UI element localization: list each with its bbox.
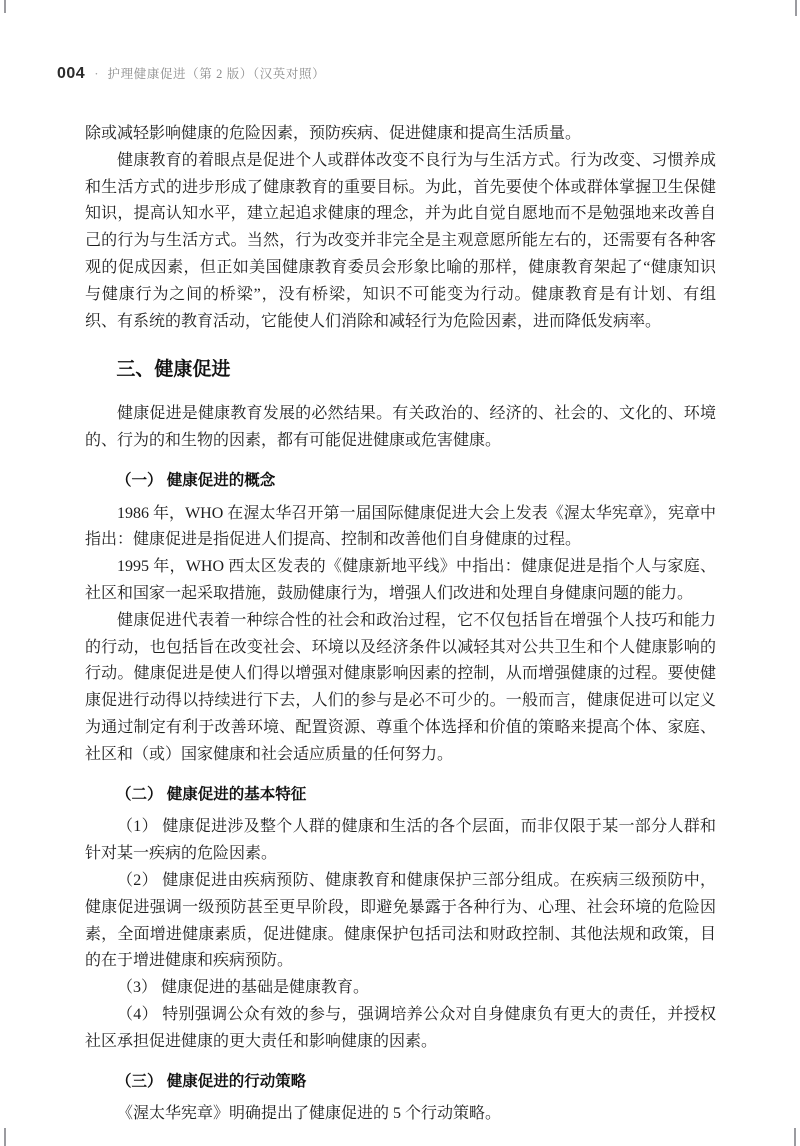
paragraph-continuation: 除或减轻影响健康的危险因素，预防疾病、促进健康和提高生活质量。 xyxy=(85,121,716,148)
page-header: 004 · 护理健康促进（第 2 版）（汉英对照） xyxy=(57,64,325,83)
crop-mark-bottom-left xyxy=(4,1128,6,1146)
subsection-heading-concept: （一） 健康促进的概念 xyxy=(85,468,716,495)
paragraph-1995-horizons: 1995 年，WHO 西太区发表的《健康新地平线》中指出：健康促进是指个人与家庭… xyxy=(85,554,716,608)
feature-item-1: （1） 健康促进涉及整个人群的健康和生活的各个层面，而非仅限于某一部分人群和针对… xyxy=(85,814,716,868)
subsection-heading-features: （二） 健康促进的基本特征 xyxy=(85,782,716,809)
book-title: 护理健康促进（第 2 版）（汉英对照） xyxy=(108,64,326,82)
subsection-heading-strategies: （三） 健康促进的行动策略 xyxy=(85,1069,716,1096)
crop-mark-top-right xyxy=(795,0,797,16)
paragraph-intro: 健康促进是健康教育发展的必然结果。有关政治的、经济的、社会的、文化的、环境的、行… xyxy=(85,401,716,455)
crop-mark-top-left xyxy=(4,0,6,13)
page-body: 除或减轻影响健康的危险因素，预防疾病、促进健康和提高生活质量。 健康教育的着眼点… xyxy=(85,121,716,1128)
feature-item-4: （4） 特别强调公众有效的参与，强调培养公众对自身健康负有更大的责任，并授权社区… xyxy=(85,1002,716,1056)
header-separator: · xyxy=(94,66,98,82)
paragraph-definition: 健康促进代表着一种综合性的社会和政治过程，它不仅包括旨在增强个人技巧和能力的行动… xyxy=(85,608,716,769)
section-heading-health-promotion: 三、健康促进 xyxy=(85,357,716,384)
paragraph-1986-charter: 1986 年，WHO 在渥太华召开第一届国际健康促进大会上发表《渥太华宪章》，宪… xyxy=(85,501,716,555)
page-number: 004 xyxy=(57,65,85,83)
feature-item-3: （3） 健康促进的基础是健康教育。 xyxy=(85,975,716,1002)
crop-mark-bottom-right xyxy=(794,1128,796,1146)
paragraph-health-education: 健康教育的着眼点是促进个人或群体改变不良行为与生活方式。行为改变、习惯养成和生活… xyxy=(85,148,716,336)
paragraph-strategies: 《渥太华宪章》明确提出了健康促进的 5 个行动策略。 xyxy=(85,1101,716,1128)
feature-item-2: （2） 健康促进由疾病预防、健康教育和健康保护三部分组成。在疾病三级预防中，健康… xyxy=(85,868,716,975)
